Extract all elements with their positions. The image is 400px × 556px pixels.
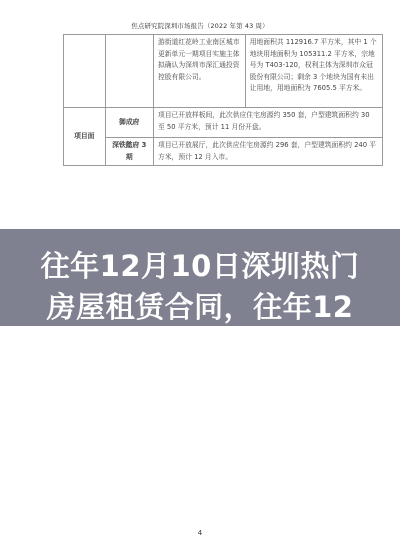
table-cell-project-status: 项目已开放样板间，此次供应住宅房源约 350 套，户型建筑面积约 30 至 50… xyxy=(153,108,382,138)
banner-title: 往年12月10日深圳热门 房屋租赁合同，往年12 xyxy=(0,246,400,328)
report-header: 焦点研究院深圳市场报告（2022 年第 43 周） xyxy=(0,21,400,30)
report-table: 游街道红花岭工业南区城市更新单元一期项目实施主体拟确认为深圳市深汇通投资控股有限… xyxy=(63,34,383,166)
banner-title-line-2: 房屋租赁合同，往年12 xyxy=(0,287,400,328)
table-cell-project: 御成府 xyxy=(105,108,153,138)
table-cell-project-status: 项目已开放展厅，此次供应住宅房源约 296 套，户型建筑面积约 240 平方米，… xyxy=(153,138,382,166)
banner-title-line-1: 往年12月10日深圳热门 xyxy=(0,246,400,287)
table-cell-category: 项目面 xyxy=(64,108,106,166)
table-row: 深铁懿府 3 期 项目已开放展厅，此次供应住宅房源约 296 套，户型建筑面积约… xyxy=(64,138,383,166)
table-cell-category xyxy=(64,35,106,108)
page-number: 4 xyxy=(0,529,400,537)
table-row: 游街道红花岭工业南区城市更新单元一期项目实施主体拟确认为深圳市深汇通投资控股有限… xyxy=(64,35,383,108)
table-cell-project: 深铁懿府 3 期 xyxy=(105,138,153,166)
table-cell-land-info: 用地面积共 112916.7 平方米，其中 1 个地块用地面积为 105311.… xyxy=(245,35,382,108)
table-cell-project xyxy=(105,35,153,108)
table-row: 项目面 御成府 项目已开放样板间，此次供应住宅房源约 350 套，户型建筑面积约… xyxy=(64,108,383,138)
table-cell-description: 游街道红花岭工业南区城市更新单元一期项目实施主体拟确认为深圳市深汇通投资控股有限… xyxy=(153,35,245,108)
